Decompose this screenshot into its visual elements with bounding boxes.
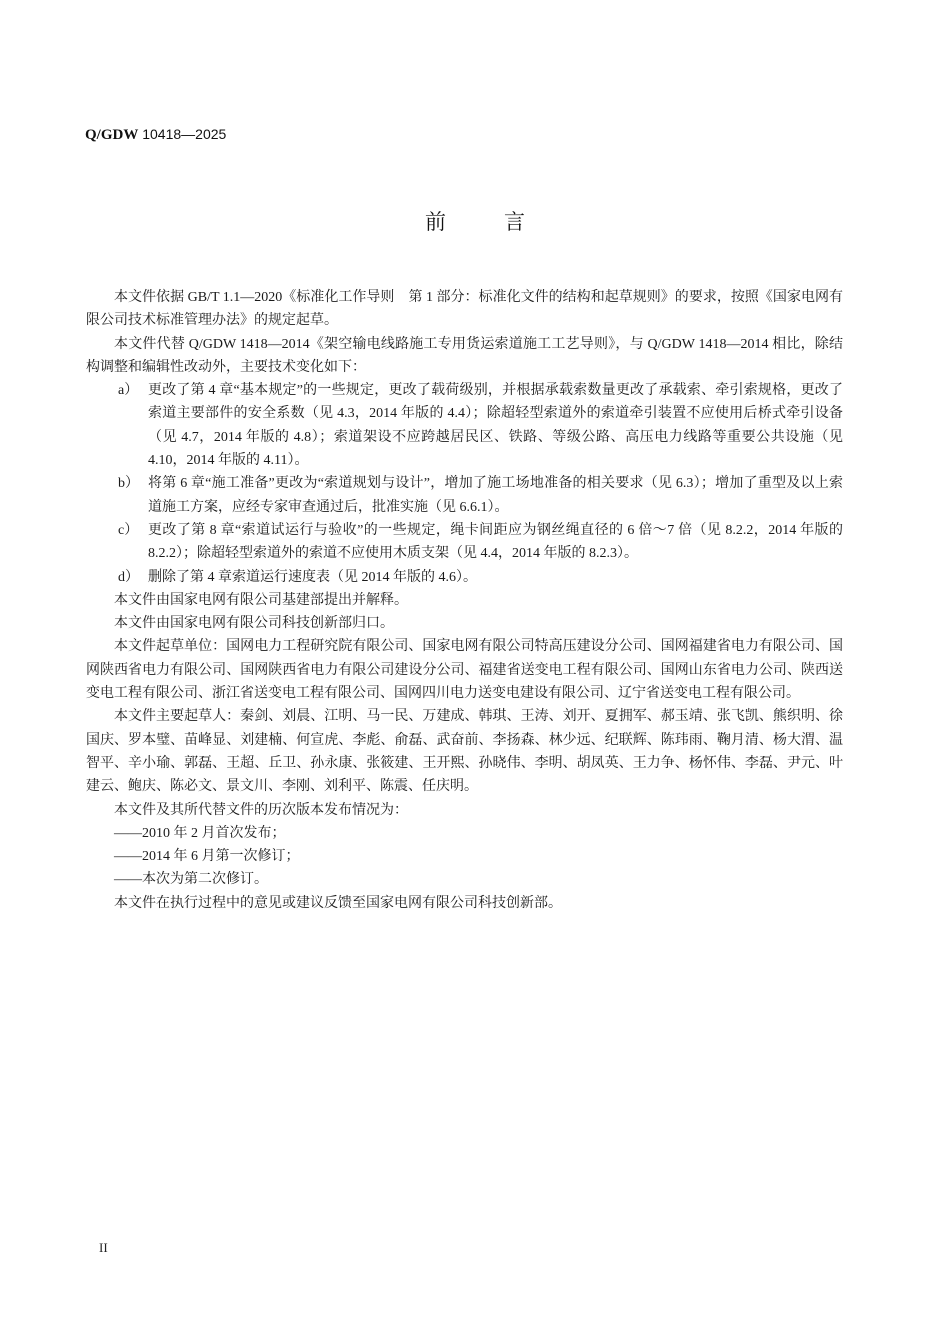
- change-text: 更改了第 8 章“索道试运行与验收”的一些规定，绳卡间距应为钢丝绳直径的 6 倍…: [148, 523, 843, 561]
- feedback-paragraph: 本文件在执行过程中的意见或建议反馈至国家电网有限公司科技创新部。: [86, 892, 843, 915]
- managed-by-paragraph: 本文件由国家电网有限公司科技创新部归口。: [86, 612, 843, 635]
- page-title: 前言: [0, 206, 950, 236]
- page-number: II: [99, 1240, 108, 1256]
- proposed-by-paragraph: 本文件由国家电网有限公司基建部提出并解释。: [86, 589, 843, 612]
- document-page: Q/GDW 10418—2025 前言 本文件依据 GB/T 1.1—2020《…: [0, 0, 950, 1344]
- list-marker: b）: [118, 472, 139, 495]
- list-marker: c）: [118, 519, 138, 542]
- foreword-body: 本文件依据 GB/T 1.1—2020《标准化工作导则 第 1 部分：标准化文件…: [86, 286, 843, 915]
- history-item: ——2014 年 6 月第一次修订；: [86, 845, 843, 868]
- doc-code-number: 10418—2025: [138, 126, 226, 142]
- history-item: ——2010 年 2 月首次发布；: [86, 822, 843, 845]
- change-item: c） 更改了第 8 章“索道试运行与验收”的一些规定，绳卡间距应为钢丝绳直径的 …: [86, 519, 843, 566]
- change-item: b） 将第 6 章“施工准备”更改为“索道规划与设计”，增加了施工场地准备的相关…: [86, 472, 843, 519]
- list-marker: d）: [118, 566, 139, 589]
- basis-paragraph: 本文件依据 GB/T 1.1—2020《标准化工作导则 第 1 部分：标准化文件…: [86, 286, 843, 333]
- history-intro: 本文件及其所代替文件的历次版本发布情况为：: [86, 799, 843, 822]
- change-text: 删除了第 4 章索道运行速度表（见 2014 年版的 4.6）。: [148, 570, 477, 585]
- document-code: Q/GDW 10418—2025: [85, 125, 226, 144]
- list-marker: a）: [118, 379, 138, 402]
- replaces-paragraph: 本文件代替 Q/GDW 1418—2014《架空输电线路施工专用货运索道施工工艺…: [86, 333, 843, 380]
- change-text: 将第 6 章“施工准备”更改为“索道规划与设计”，增加了施工场地准备的相关要求（…: [148, 476, 843, 514]
- change-text: 更改了第 4 章“基本规定”的一些规定，更改了载荷级别，并根据承载索数量更改了承…: [148, 383, 843, 468]
- change-item: a） 更改了第 4 章“基本规定”的一些规定，更改了载荷级别，并根据承载索数量更…: [86, 379, 843, 472]
- drafters-paragraph: 本文件主要起草人：秦剑、刘晨、江明、马一民、万建成、韩琪、王涛、刘开、夏拥军、郝…: [86, 705, 843, 798]
- changes-list: a） 更改了第 4 章“基本规定”的一些规定，更改了载荷级别，并根据承载索数量更…: [86, 379, 843, 589]
- history-item: ——本次为第二次修订。: [86, 868, 843, 891]
- drafting-units-paragraph: 本文件起草单位：国网电力工程研究院有限公司、国家电网有限公司特高压建设分公司、国…: [86, 635, 843, 705]
- change-item: d） 删除了第 4 章索道运行速度表（见 2014 年版的 4.6）。: [86, 566, 843, 589]
- doc-code-prefix: Q/GDW: [85, 127, 138, 143]
